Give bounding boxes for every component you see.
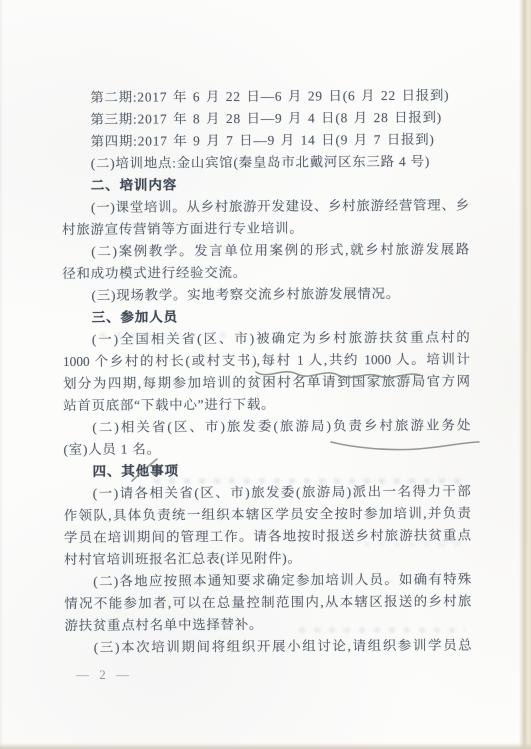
document-line: 学员在培训期间的管理工作。请各地按时报送乡村旅游扶贫重点	[64, 525, 471, 549]
scanned-document-page: 第二期:2017 年 6 月 22 日—6 月 29 日(6 月 22 日报到)…	[0, 0, 531, 749]
document-line: 第三期:2017 年 8 月 28 日—9 月 4 日(8 月 28 日报到)	[61, 107, 468, 131]
document-line: (二)相关省(区、市)旅发委(旅游局)负责乡村旅游业务处	[63, 415, 470, 439]
page-number: — 2 —	[76, 666, 133, 684]
document-line: (二)各地应按照本通知要求确定参加培训人员。如确有特殊	[64, 569, 471, 593]
document-line: 村村官培训班报名汇总表(详见附件)。	[64, 547, 471, 571]
document-line: 情况不能参加者,可以在总量控制范围内,从本辖区报送的乡村旅	[64, 591, 471, 615]
document-line: 游扶贫重点村名单中选择替补。	[64, 613, 471, 637]
document-line: (一)请各相关省(区、市)旅发委(旅游局)派出一名得力干部	[64, 481, 471, 505]
document-line: 径和成功模式进行经验交流。	[62, 261, 469, 285]
document-line: (三)本次培训期间将组织开展小组讨论,请组织参训学员总	[65, 635, 472, 659]
document-line: 站首页底部“下载中心”进行下载。	[63, 393, 470, 417]
document-line: (三)现场教学。实地考察交流乡村旅游发展情况。	[62, 283, 469, 307]
document-line: (室)人员 1 名。	[63, 437, 470, 461]
document-line: 1000 个乡村的村长(或村支书),每村 1 人,共约 1000 人。培训计	[63, 349, 470, 373]
document-line: 村旅游宣传营销等方面进行专业培训。	[62, 217, 469, 241]
document-line: (二)培训地点:金山宾馆(秦皇岛市北戴河区东三路 4 号)	[62, 151, 469, 175]
document-line: (一)全国相关省(区、市)被确定为乡村旅游扶贫重点村的	[63, 327, 470, 351]
document-line: 划分为四期,每期参加培训的贫困村名单请到国家旅游局官方网	[63, 371, 470, 395]
document-line: (一)课堂培训。从乡村旅游开发建设、乡村旅游经营管理、乡	[62, 195, 469, 219]
section-heading: 二、培训内容	[62, 173, 469, 197]
page-right-edge	[519, 0, 531, 749]
document-line: 第四期:2017 年 9 月 7 日—9 月 14 日(9 月 7 日报到)	[62, 129, 469, 153]
page-bottom-edge	[0, 743, 531, 749]
page-left-edge-shadow	[0, 0, 3, 749]
section-heading: 四、其他事项	[64, 459, 471, 483]
document-line: 作领队,具体负责统一组织本辖区学员安全按时参加培训,并负责	[64, 503, 471, 527]
document-body: 第二期:2017 年 6 月 22 日—6 月 29 日(6 月 22 日报到)…	[61, 85, 471, 659]
document-line: 第二期:2017 年 6 月 22 日—6 月 29 日(6 月 22 日报到)	[61, 85, 468, 109]
document-line: (二)案例教学。发言单位用案例的形式,就乡村旅游发展路	[62, 239, 469, 263]
section-heading: 三、参加人员	[63, 305, 470, 329]
